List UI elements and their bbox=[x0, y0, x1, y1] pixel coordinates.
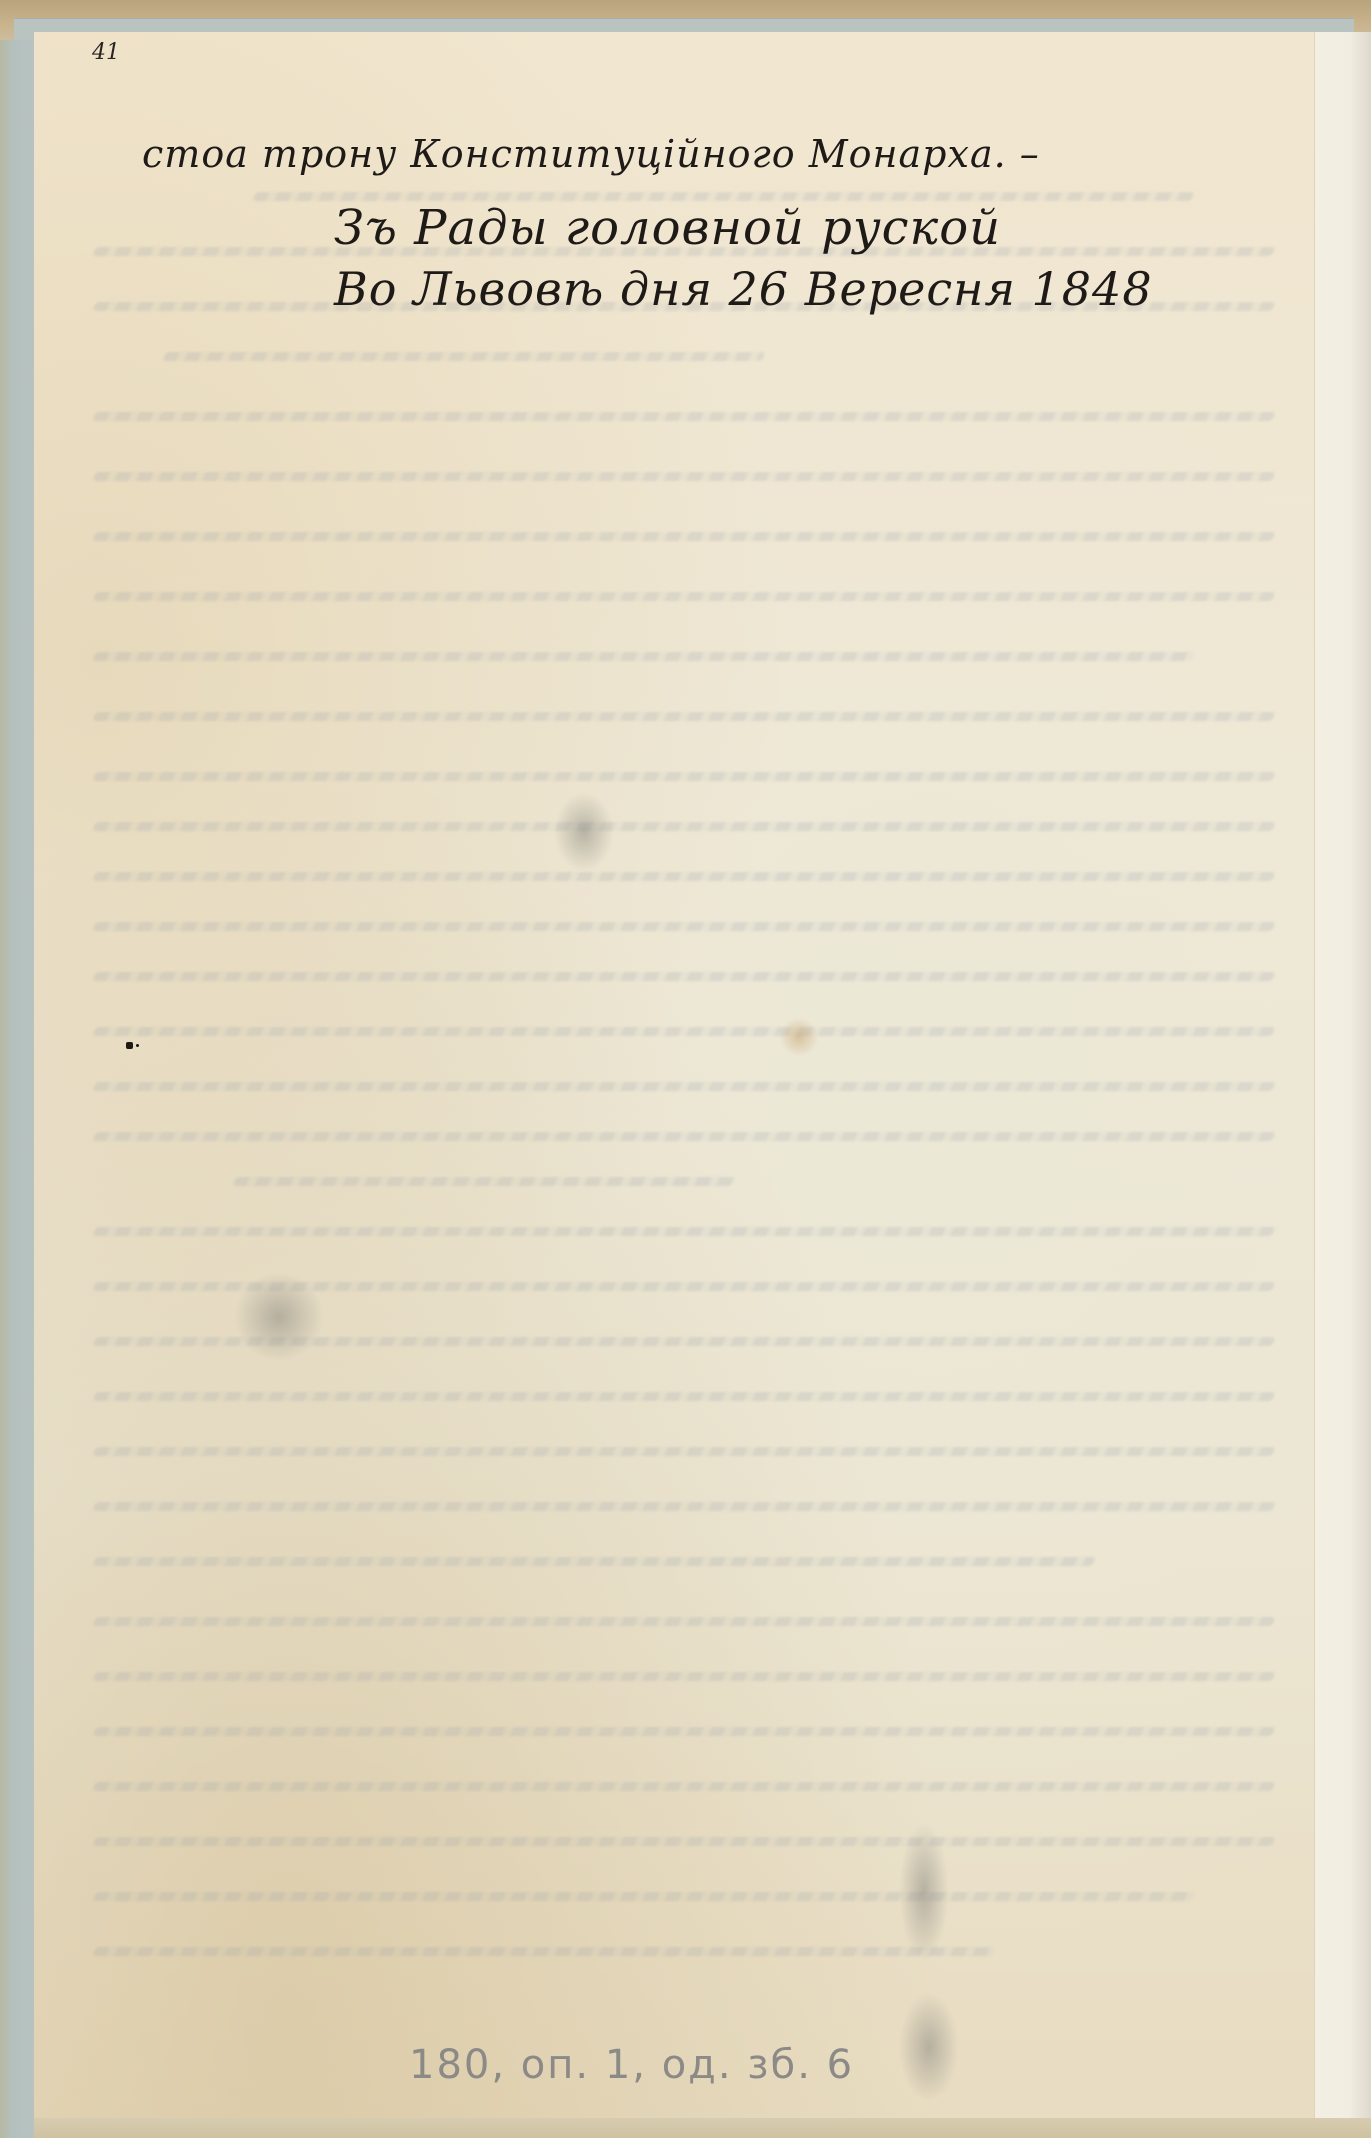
heading-line-3-date: Во Львовѣ дня 26 Вересня 1848 bbox=[334, 262, 1153, 316]
smudge-mark bbox=[554, 792, 614, 872]
folio-number: 41 bbox=[92, 40, 120, 65]
heading-line-2: Зъ Рады головной руской bbox=[334, 200, 1001, 256]
paper-strip-right bbox=[1314, 32, 1371, 2125]
ink-dot bbox=[136, 1044, 139, 1047]
smudge-mark bbox=[234, 1272, 324, 1362]
archive-backing-bottom bbox=[34, 2118, 1371, 2138]
ink-dot bbox=[126, 1042, 133, 1049]
archive-reference-pencil: 180, оп. 1, од. зб. 6 bbox=[409, 2042, 854, 2088]
manuscript-page: 41 стоа трону Конституційного Монарха. –… bbox=[34, 32, 1314, 2125]
foxing-stain bbox=[779, 1017, 819, 1057]
heading-line-1: стоа трону Конституційного Монарха. – bbox=[142, 132, 1040, 176]
bleed-through-text bbox=[34, 32, 1314, 2125]
smudge-mark bbox=[899, 1822, 949, 1962]
smudge-mark bbox=[899, 1992, 959, 2102]
